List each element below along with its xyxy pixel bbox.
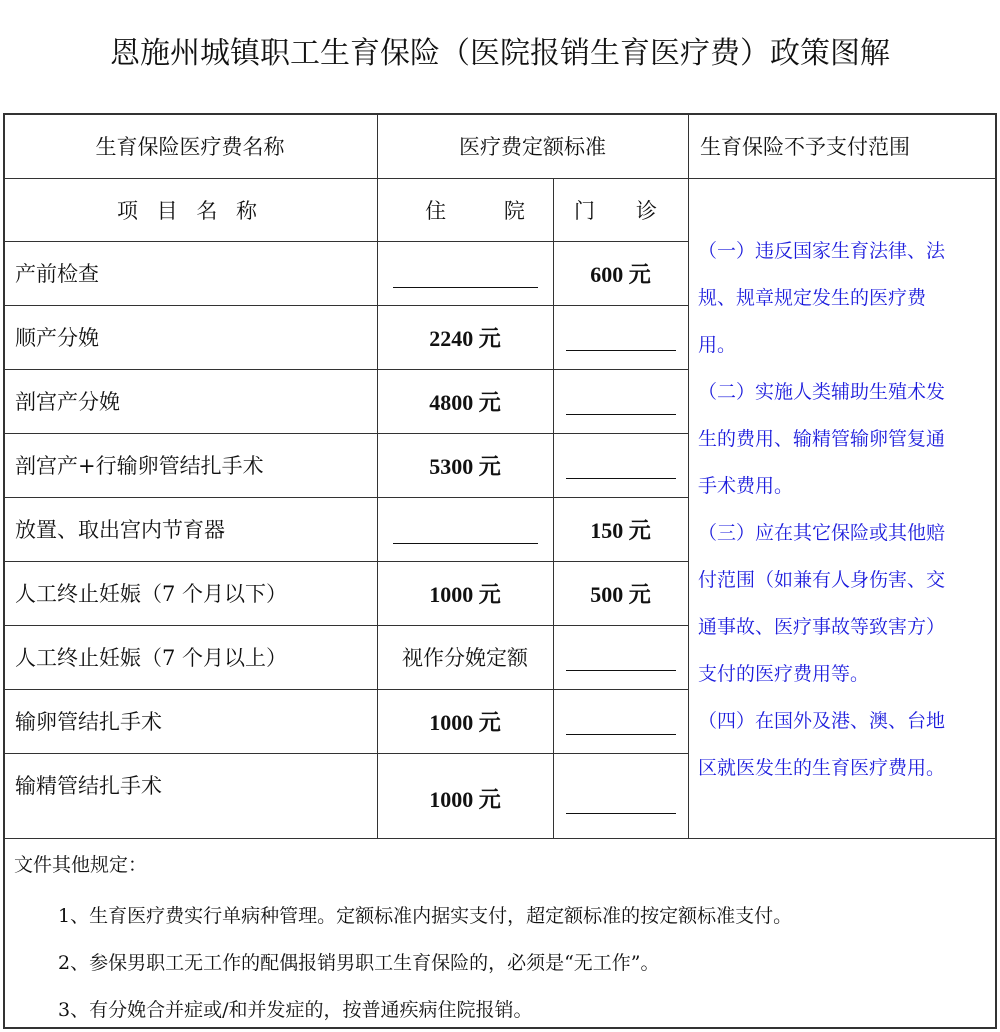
- row-item: 放置、取出宫内节育器: [3, 497, 377, 561]
- excluded-line: 用。: [698, 322, 992, 369]
- rule-item: 2、参保男职工无工作的配偶报销男职工生育保险的，必须是“无工作”。: [14, 940, 792, 987]
- empty-dash: [393, 543, 538, 544]
- row-inpatient: 1000 元: [377, 689, 553, 753]
- rule-item: 1、生育医疗费实行单病种管理。定额标准内据实支付，超定额标准的按定额标准支付。: [14, 893, 792, 940]
- excluded-line: （一）违反国家生育法律、法: [698, 228, 992, 275]
- row-item: 剖宫产+行输卵管结扎手术: [3, 433, 377, 497]
- row-outpatient-empty: [553, 369, 688, 433]
- row-outpatient-empty: [553, 305, 688, 369]
- excluded-line: （四）在国外及港、澳、台地: [698, 698, 992, 745]
- subheader-item: 项 目 名 称: [3, 178, 377, 241]
- excluded-line: 支付的医疗费用等。: [698, 651, 992, 698]
- row-inpatient: 视作分娩定额: [377, 625, 553, 689]
- row-outpatient: 500 元: [553, 561, 688, 625]
- excluded-line: （二）实施人类辅助生殖术发: [698, 369, 992, 416]
- row-inpatient: 5300 元: [377, 433, 553, 497]
- row-item: 产前检查: [3, 241, 377, 305]
- header-standard-column: 医疗费定额标准: [377, 113, 688, 178]
- row-outpatient-empty: [553, 433, 688, 497]
- other-rules-section: 文件其他规定： 1、生育医疗费实行单病种管理。定额标准内据实支付，超定额标准的按…: [14, 845, 792, 1032]
- row-outpatient: 600 元: [553, 241, 688, 305]
- excluded-scope-list: （一）违反国家生育法律、法 规、规章规定发生的医疗费 用。 （二）实施人类辅助生…: [698, 228, 992, 792]
- divider: [3, 838, 997, 839]
- excluded-line: 付范围（如兼有人身伤害、交: [698, 557, 992, 604]
- other-rules-title: 文件其他规定：: [14, 845, 792, 885]
- subheader-inpatient: 住 院: [377, 178, 553, 241]
- empty-dash: [566, 350, 676, 351]
- row-inpatient: 1000 元: [377, 753, 553, 838]
- empty-dash: [566, 734, 676, 735]
- header-excluded-column: 生育保险不予支付范围: [688, 113, 997, 178]
- row-outpatient: 150 元: [553, 497, 688, 561]
- rule-item: 3、有分娩合并症或/和并发症的，按普通疾病住院报销。: [14, 987, 792, 1032]
- excluded-line: 通事故、医疗事故等致害方）: [698, 604, 992, 651]
- row-outpatient-empty: [553, 625, 688, 689]
- row-inpatient: 1000 元: [377, 561, 553, 625]
- row-item: 输卵管结扎手术: [3, 689, 377, 753]
- empty-dash: [566, 813, 676, 814]
- row-inpatient-empty: [377, 241, 553, 305]
- row-outpatient-empty: [553, 689, 688, 753]
- excluded-line: 生的费用、输精管输卵管复通: [698, 416, 992, 463]
- empty-dash: [566, 670, 676, 671]
- row-item: 人工终止妊娠（7 个月以下）: [3, 561, 377, 625]
- row-item: 剖宫产分娩: [3, 369, 377, 433]
- row-item: 顺产分娩: [3, 305, 377, 369]
- excluded-line: 区就医发生的生育医疗费用。: [698, 745, 992, 792]
- row-inpatient: 2240 元: [377, 305, 553, 369]
- empty-dash: [566, 478, 676, 479]
- excluded-line: 手术费用。: [698, 463, 992, 510]
- page-title: 恩施州城镇职工生育保险（医院报销生育医疗费）政策图解: [0, 28, 1000, 72]
- row-item: 输精管结扎手术: [3, 753, 377, 817]
- empty-dash: [393, 287, 538, 288]
- empty-dash: [566, 414, 676, 415]
- row-outpatient-empty: [553, 753, 688, 838]
- header-name-column: 生育保险医疗费名称: [3, 113, 377, 178]
- row-inpatient-empty: [377, 497, 553, 561]
- excluded-line: （三）应在其它保险或其他赔: [698, 510, 992, 557]
- excluded-line: 规、规章规定发生的医疗费: [698, 275, 992, 322]
- divider: [688, 113, 689, 838]
- row-item: 人工终止妊娠（7 个月以上）: [3, 625, 377, 689]
- subheader-outpatient: 门 诊: [553, 178, 688, 241]
- row-inpatient: 4800 元: [377, 369, 553, 433]
